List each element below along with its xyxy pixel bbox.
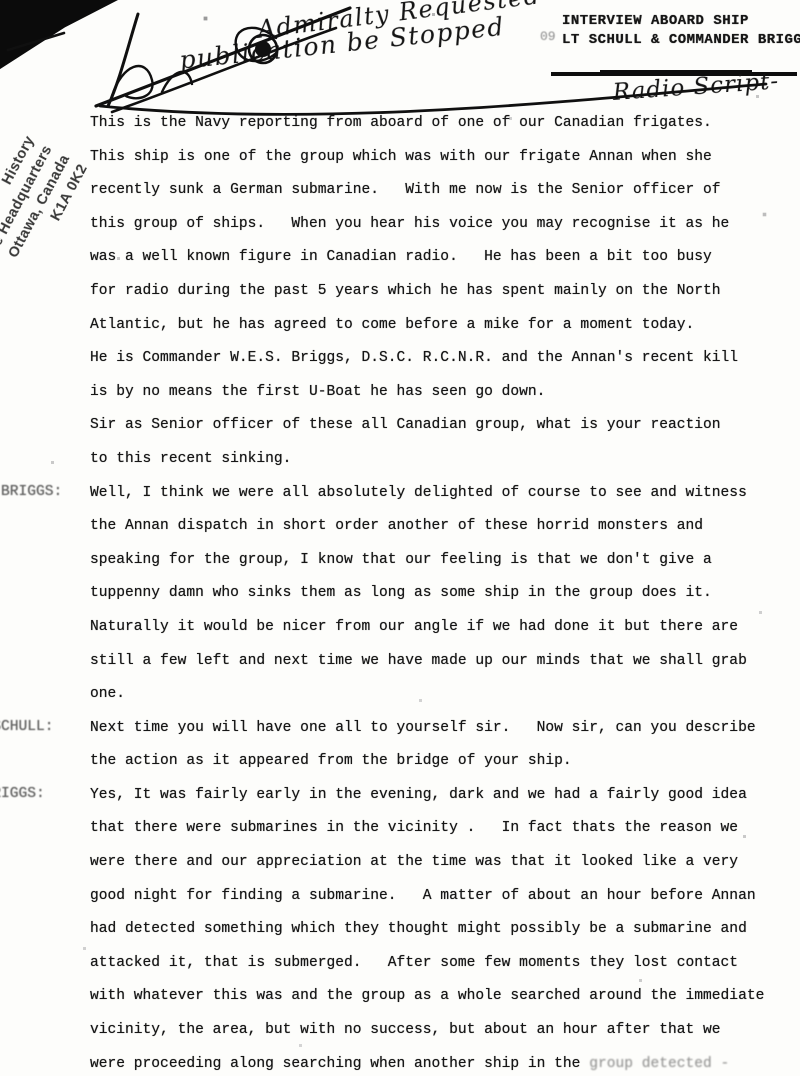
line-text: good night for finding a submarine. A ma… — [90, 888, 756, 904]
speaker-label: SCHULL: — [0, 711, 54, 745]
transcript-line: BRIGGS:Yes, It was fairly early in the e… — [0, 778, 800, 812]
line-text: that there were submarines in the vicini… — [90, 820, 738, 836]
line-text: had detected something which they though… — [90, 921, 747, 937]
line-text: the action as it appeared from the bridg… — [90, 753, 572, 769]
transcript-line: He is Commander W.E.S. Briggs, D.S.C. R.… — [0, 341, 800, 375]
line-text: recently sunk a German submarine. With m… — [90, 182, 721, 198]
line-text: Well, I think we were all absolutely del… — [90, 485, 747, 501]
line-text: He is Commander W.E.S. Briggs, D.S.C. R.… — [90, 350, 738, 366]
transcript-line: speaking for the group, I know that our … — [0, 543, 800, 577]
line-text: were proceeding along searching when ano… — [90, 1056, 589, 1072]
faded-line-tail: group detected - — [589, 1056, 729, 1072]
transcript-line: recently sunk a German submarine. With m… — [0, 173, 800, 207]
line-text: Sir as Senior officer of these all Canad… — [90, 417, 721, 433]
transcript-line: is by no means the first U-Boat he has s… — [0, 375, 800, 409]
transcript-line: this group of ships. When you hear his v… — [0, 207, 800, 241]
transcript-line: vicinity, the area, but with no success,… — [0, 1013, 800, 1047]
line-text: to this recent sinking. — [90, 451, 291, 467]
transcript-line: good night for finding a submarine. A ma… — [0, 879, 800, 913]
transcript-line: Atlantic, but he has agreed to come befo… — [0, 308, 800, 342]
transcript-line: still a few left and next time we have m… — [0, 644, 800, 678]
transcript: This is the Navy reporting from aboard o… — [0, 106, 800, 1076]
line-text: tuppenny damn who sinks them as long as … — [90, 585, 712, 601]
transcript-line: were there and our appreciation at the t… — [0, 845, 800, 879]
transcript-line: to this recent sinking. — [0, 442, 800, 476]
line-text: speaking for the group, I know that our … — [90, 552, 712, 568]
line-text: one. — [90, 686, 125, 702]
transcript-line: the Annan dispatch in short order anothe… — [0, 509, 800, 543]
line-text: this group of ships. When you hear his v… — [90, 216, 729, 232]
transcript-line: with whatever this was and the group as … — [0, 979, 800, 1013]
transcript-line: This is the Navy reporting from aboard o… — [0, 106, 800, 140]
line-text: still a few left and next time we have m… — [90, 653, 747, 669]
transcript-line: This ship is one of the group which was … — [0, 140, 800, 174]
transcript-line: BRIGGS:Well, I think we were all absolut… — [0, 476, 800, 510]
line-text: Next time you will have one all to yours… — [90, 720, 756, 736]
transcript-line: that there were submarines in the vicini… — [0, 811, 800, 845]
transcript-line: for radio during the past 5 years which … — [0, 274, 800, 308]
transcript-line: the action as it appeared from the bridg… — [0, 744, 800, 778]
line-text: This is the Navy reporting from aboard o… — [90, 115, 712, 131]
line-text: for radio during the past 5 years which … — [90, 283, 721, 299]
line-text: with whatever this was and the group as … — [90, 988, 764, 1004]
transcript-line: one. — [0, 677, 800, 711]
transcript-line: Naturally it would be nicer from our ang… — [0, 610, 800, 644]
line-text: This ship is one of the group which was … — [90, 149, 712, 165]
line-text: vicinity, the area, but with no success,… — [90, 1022, 721, 1038]
line-text: is by no means the first U-Boat he has s… — [90, 384, 545, 400]
line-text: Yes, It was fairly early in the evening,… — [90, 787, 747, 803]
line-text: the Annan dispatch in short order anothe… — [90, 518, 703, 534]
speaker-label: BRIGGS: — [0, 778, 45, 812]
transcript-line: was a well known figure in Canadian radi… — [0, 240, 800, 274]
transcript-line: had detected something which they though… — [0, 912, 800, 946]
speaker-label: BRIGGS: — [1, 476, 62, 510]
transcript-line: tuppenny damn who sinks them as long as … — [0, 576, 800, 610]
transcript-line: SCHULL:Next time you will have one all t… — [0, 711, 800, 745]
line-text: was a well known figure in Canadian radi… — [90, 249, 712, 265]
line-text: Atlantic, but he has agreed to come befo… — [90, 317, 694, 333]
line-text: attacked it, that is submerged. After so… — [90, 955, 738, 971]
transcript-line: were proceeding along searching when ano… — [0, 1047, 800, 1076]
transcript-line: Sir as Senior officer of these all Canad… — [0, 408, 800, 442]
line-text: were there and our appreciation at the t… — [90, 854, 738, 870]
line-text: Naturally it would be nicer from our ang… — [90, 619, 738, 635]
scanned-document-page: History Defence Headquarters Ottawa, Can… — [0, 0, 800, 1076]
transcript-line: attacked it, that is submerged. After so… — [0, 946, 800, 980]
